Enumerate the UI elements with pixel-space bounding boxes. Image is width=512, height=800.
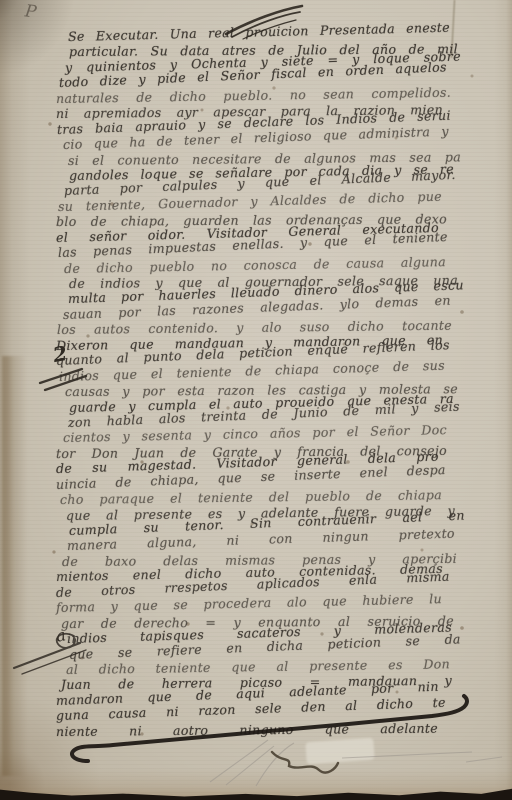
left-crease [2,356,26,776]
manuscript-line: niente ni aotro ninguno que adelante [56,720,438,739]
abrasion-patch [305,738,374,765]
manuscript-lines: Se Executar. Una real prouicion Presenta… [56,29,462,739]
top-left-pen-mark: P [24,1,38,22]
torn-bottom-edge [0,784,512,800]
manuscript-photo: Se Executar. Una real prouicion Presenta… [0,0,512,800]
manuscript-page: Se Executar. Una real prouicion Presenta… [0,0,512,800]
